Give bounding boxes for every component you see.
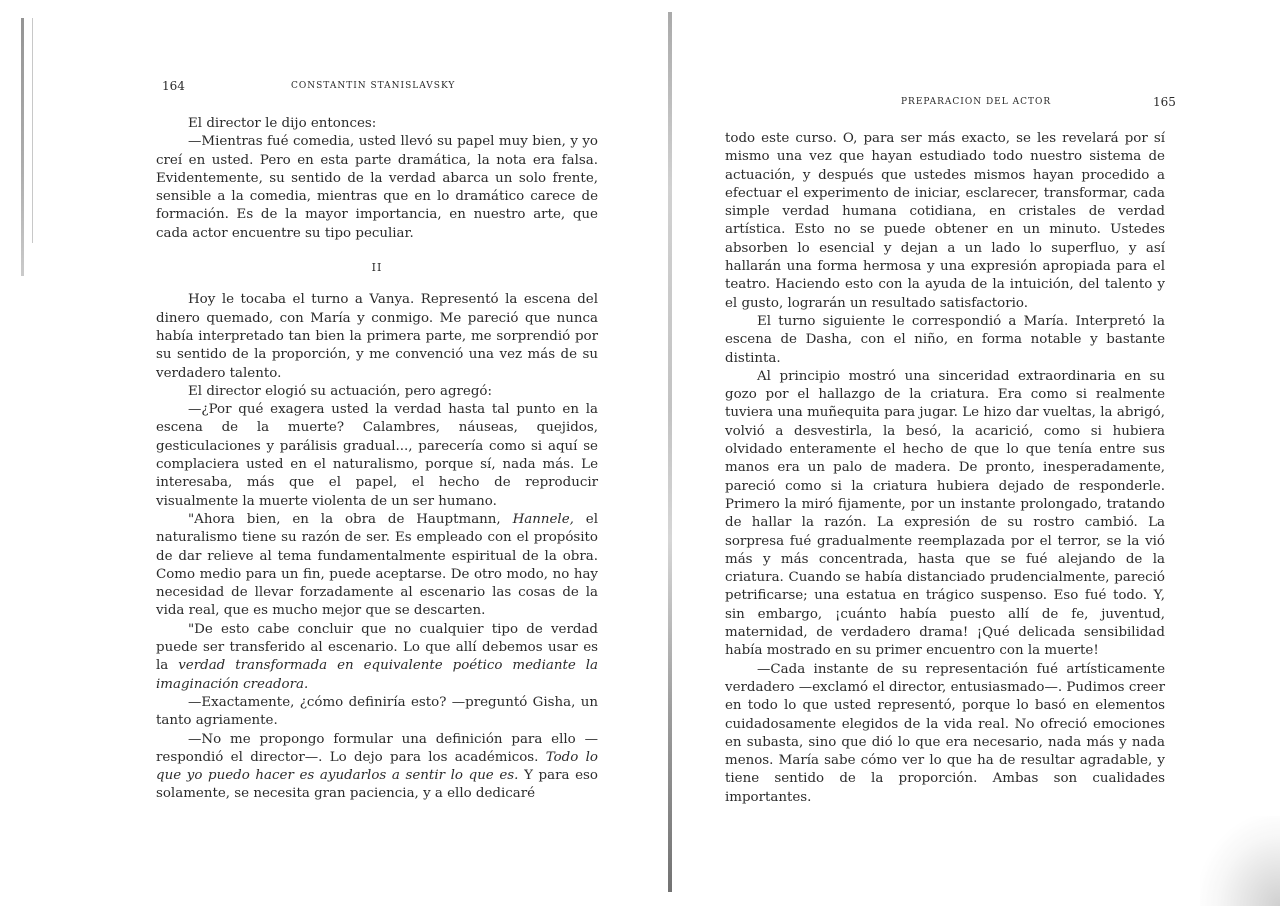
paragraph: —¿Por qué exagera usted la verdad hasta … — [156, 401, 598, 511]
paragraph: Hoy le tocaba el turno a Vanya. Represen… — [156, 291, 598, 382]
paragraph: —Mientras fué comedia, usted llevó su pa… — [156, 133, 598, 243]
running-title: CONSTANTIN STANISLAVSKY — [291, 81, 455, 91]
paragraph: El director elogió su actuación, pero ag… — [156, 383, 598, 401]
paragraph: —No me propongo formular una definición … — [156, 731, 598, 804]
paragraph: —Exactamente, ¿cómo definiría esto? —pre… — [156, 694, 598, 731]
paragraph: El director le dijo entonces: — [156, 115, 598, 133]
paragraph: todo este curso. O, para ser más exacto,… — [725, 130, 1165, 313]
book-spread: 164 CONSTANTIN STANISLAVSKY El director … — [0, 0, 1280, 906]
paragraph: "Ahora bien, en la obra de Hauptmann, Ha… — [156, 511, 598, 621]
text-run: "Ahora bien, en la obra de Hauptmann, — [188, 512, 513, 527]
text-run: —No me propongo formular una definición … — [156, 732, 598, 765]
page-number: 164 — [162, 79, 185, 93]
paragraph: "De esto cabe concluir que no cualquier … — [156, 621, 598, 694]
paragraph: —Cada instante de su representación fué … — [725, 661, 1165, 807]
page-body: todo este curso. O, para ser más exacto,… — [725, 130, 1165, 807]
book-gutter — [668, 12, 672, 892]
section-number: II — [156, 259, 598, 277]
page-number: 165 — [1153, 95, 1176, 109]
paragraph: El turno siguiente le correspondió a Mar… — [725, 313, 1165, 368]
italic-emphasis: verdad transformada en equivalente poéti… — [156, 658, 598, 691]
paragraph: Al principio mostró una sinceridad extra… — [725, 368, 1165, 661]
scan-edge-line — [32, 18, 33, 243]
scan-edge-shadow — [21, 18, 24, 276]
page-body: El director le dijo entonces: —Mientras … — [156, 115, 598, 804]
scan-corner-noise — [1200, 816, 1280, 906]
text-run: el naturalismo tiene su razón de ser. Es… — [156, 512, 598, 618]
running-title: PREPARACION DEL ACTOR — [901, 97, 1051, 107]
italic-title: Hannele, — [513, 512, 574, 527]
